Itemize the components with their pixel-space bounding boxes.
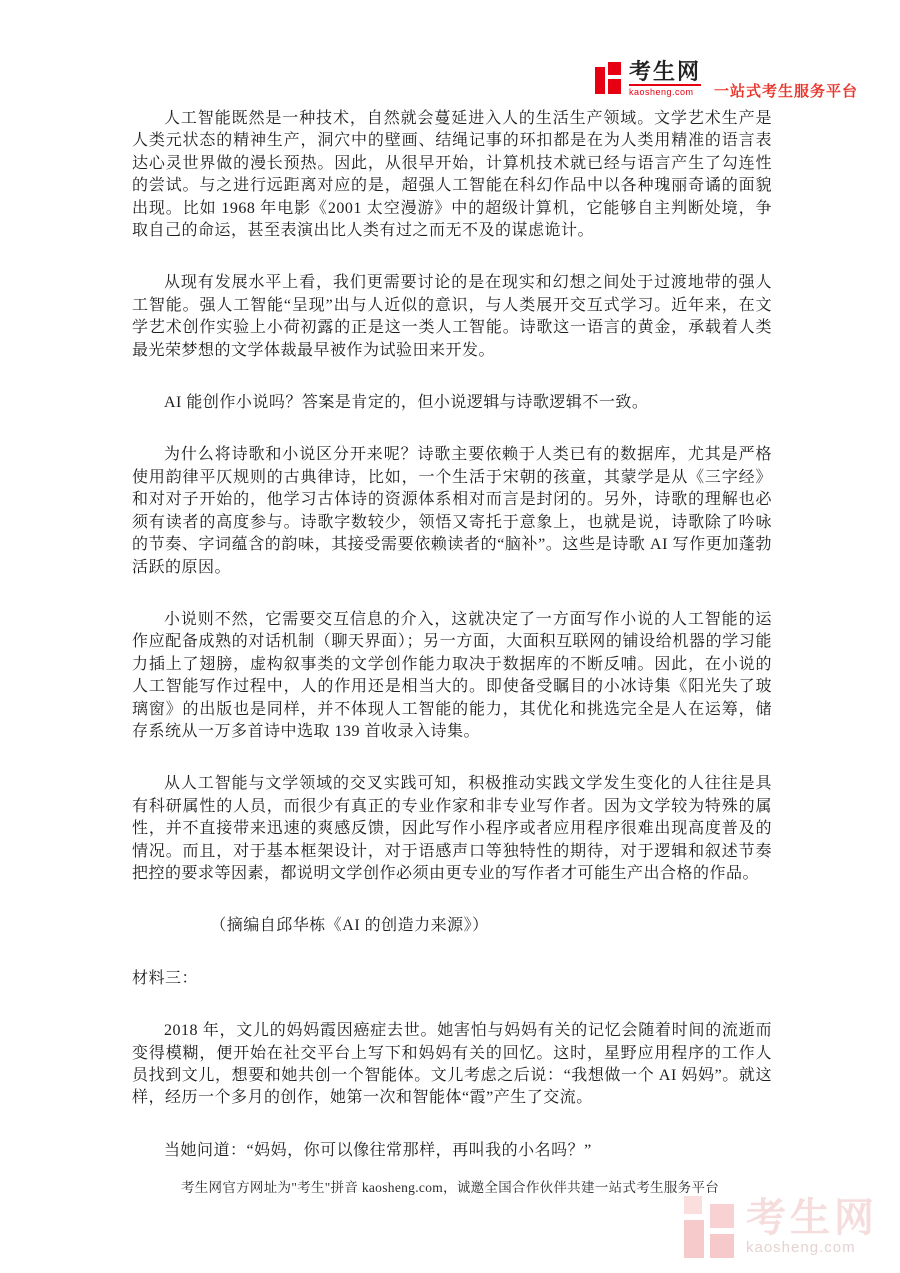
kaosheng-watermark-icon	[684, 1196, 736, 1258]
paragraph-poetry-vs-novel: 为什么将诗歌和小说区分开来呢？诗歌主要依赖于人类已有的数据库，尤其是严格使用韵律…	[132, 444, 772, 578]
paragraph-cross-practice: 从人工智能与文学领域的交叉实践可知，积极推动实践文学发生变化的人往往是具有科研属…	[132, 773, 772, 885]
logo-tagline: 一站式考生服务平台	[714, 80, 858, 101]
watermark-text-block: 考生网 kaosheng.com	[746, 1197, 878, 1257]
logo-text-block: 考生网 kaosheng.com	[629, 60, 701, 97]
kaosheng-logo-icon	[595, 62, 622, 94]
paragraph-ai-novel-question: AI 能创作小说吗？答案是肯定的，但小说逻辑与诗歌逻辑不一致。	[132, 392, 772, 414]
watermark-domain: kaosheng.com	[746, 1239, 878, 1257]
paragraph-ai-technology: 人工智能既然是一种技术，自然就会蔓延进入人的生活生产领域。文学艺术生产是人类元状…	[132, 108, 772, 242]
paragraph-strong-ai: 从现有发展水平上看，我们更需要讨论的是在现实和幻想之间处于过渡地带的强人工智能。…	[132, 272, 772, 362]
paragraph-novel-interaction: 小说则不然，它需要交互信息的介入，这就决定了一方面写作小说的人工智能的运作应配备…	[132, 609, 772, 743]
kaosheng-header-logo: 考生网 kaosheng.com 一站式考生服务平台	[595, 58, 858, 104]
footer-text: 考生网官方网址为"考生"拼音 kaosheng.com，诚邀全国合作伙伴共建一站…	[0, 1176, 900, 1196]
document-page: 考生网 kaosheng.com 一站式考生服务平台 人工智能既然是一种技术，自…	[0, 0, 900, 1273]
document-content: 人工智能既然是一种技术，自然就会蔓延进入人的生活生产领域。文学艺术生产是人类元状…	[132, 108, 772, 1192]
paragraph-wener-question: 当她问道：“妈妈，你可以像往常那样，再叫我的小名吗？”	[132, 1140, 772, 1162]
paragraph-wener-story: 2018 年，文儿的妈妈霞因癌症去世。她害怕与妈妈有关的记忆会随着时间的流逝而变…	[132, 1020, 772, 1110]
logo-domain: kaosheng.com	[629, 84, 701, 97]
kaosheng-watermark: 考生网 kaosheng.com	[684, 1196, 878, 1258]
citation-source: （摘编自邱华栋《AI 的创造力来源》）	[132, 915, 772, 937]
watermark-title: 考生网	[746, 1197, 878, 1239]
logo-title: 考生网	[629, 60, 701, 84]
section-label-material-three: 材料三：	[132, 968, 772, 990]
